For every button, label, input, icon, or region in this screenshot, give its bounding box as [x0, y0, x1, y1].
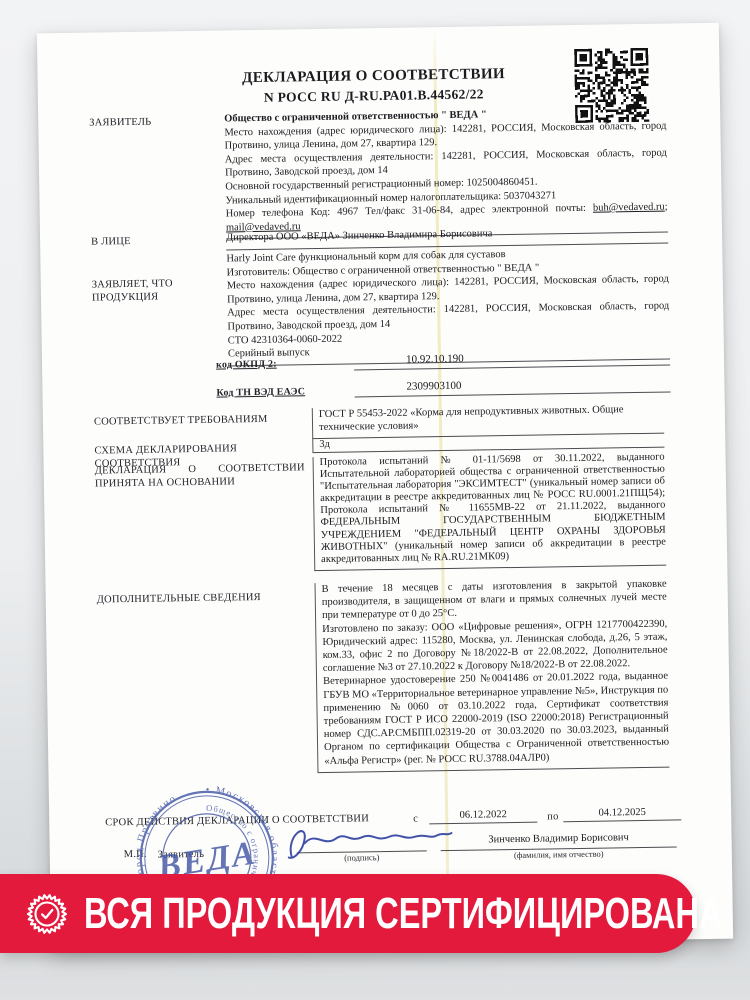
email-link[interactable]: buh@vedaved.ru [593, 202, 665, 214]
label-mp: М.П. [124, 848, 147, 861]
label-applicant: ЗАЯВИТЕЛЬ [89, 116, 151, 130]
label-applicant-sign: Заявитель [158, 848, 205, 862]
additional-paragraph: Ветеринарное удостоверение 250 №0041486 … [323, 670, 669, 768]
label-declares: ЗАЯВЛЯЕТ, ЧТО ПРОДУКЦИЯ [92, 277, 212, 305]
additional-paragraph: В течение 18 месяцев с даты изготовления… [322, 578, 668, 623]
label-tnved: Код ТН ВЭД ЕАЭС [216, 385, 305, 399]
signatory-name: Зинченко Владимир Борисович [440, 818, 676, 851]
signature-field: (подпись) [296, 822, 427, 863]
certificate-page: ДЕКЛАРАЦИЯ О СООТВЕТСТВИИ N РОСС RU Д-RU… [37, 23, 733, 950]
label-complies: СООТВЕТСТВУЕТ ТРЕБОВАНИЯМ [94, 413, 268, 429]
applicant-block: Общество с ограниченной ответственностью… [224, 106, 668, 240]
basis-text: Протокола испытаний № 01-11/5698 от 30.1… [313, 452, 667, 571]
label-in-person: В ЛИЦЕ [91, 235, 131, 249]
additional-paragraph: Изготовлено по заказу: ООО «Цифровые реш… [322, 617, 668, 675]
certified-badge-icon [24, 891, 70, 937]
signatory-field: Зинченко Владимир Борисович (фамилия, им… [440, 818, 677, 861]
additional-block: В течение 18 месяцев с даты изготовления… [315, 578, 670, 773]
label-basis: ДЕКЛАРАЦИЯ О СООТВЕТСТВИИ ПРИНЯТА НА ОСН… [95, 461, 305, 490]
signature-caption: (подпись) [297, 851, 427, 863]
screenshot-root: { "document": { "title": "ДЕКЛАРАЦИЯ О С… [0, 0, 750, 1000]
certified-banner: ВСЯ ПРОДУКЦИЯ СЕРТИФИЦИРОВАНА [0, 874, 696, 953]
contact-separator: ; [665, 202, 668, 213]
certified-banner-text: ВСЯ ПРОДУКЦИЯ СЕРТИФИЦИРОВАНА [84, 889, 722, 939]
label-additional: ДОПОЛНИТЕЛЬНЫЕ СВЕДЕНИЯ [97, 591, 261, 607]
tnved-value: 2309903100 [354, 377, 670, 398]
label-okpd: код ОКПД 2: [216, 358, 277, 372]
product-block: Harly Joint Care функциональный корм для… [226, 246, 670, 367]
